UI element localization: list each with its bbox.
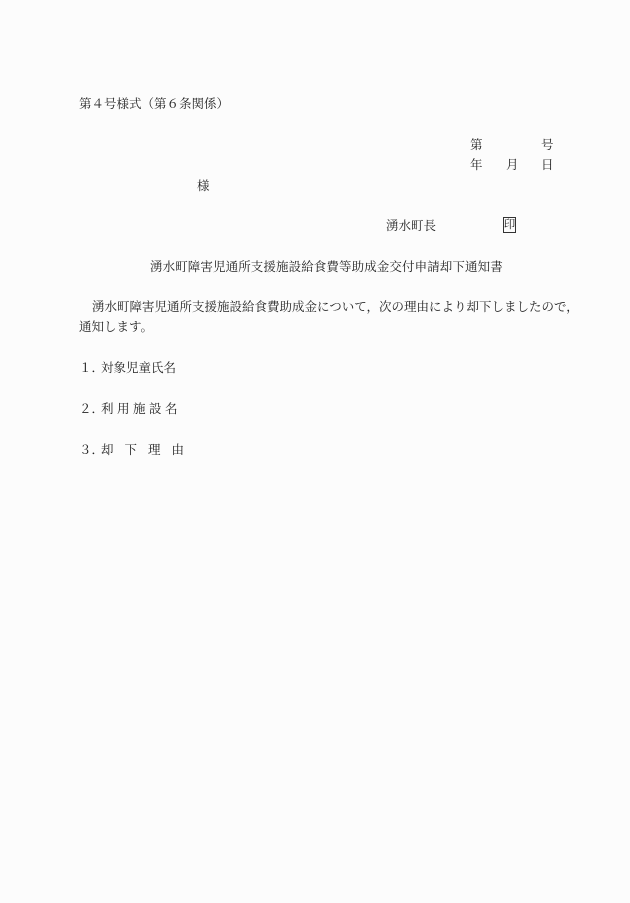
date-day-label: 日 xyxy=(541,159,554,172)
list-item-number: １． xyxy=(79,362,101,375)
list-item-label: 利用施設名 xyxy=(101,401,181,416)
body-text-line-1: 湧水町障害児通所支援施設給食費助成金について，次の理由により却下しましたので， xyxy=(92,301,579,314)
list-item-label: 対象児童氏名 xyxy=(101,360,176,375)
form-number-label: 第４号様式（第６条関係） xyxy=(79,98,229,111)
document-number-suffix: 号 xyxy=(541,139,554,152)
document-number-prefix: 第 xyxy=(470,139,483,152)
seal-icon: 印 xyxy=(503,217,516,233)
body-text-line-2: 通知します。 xyxy=(79,321,153,334)
list-item-number: ２． xyxy=(79,403,101,416)
list-item-label: 却下理由 xyxy=(101,442,195,457)
document-title: 湧水町障害児通所支援施設給食費等助成金交付申請却下通知書 xyxy=(150,261,503,274)
issuer-name: 湧水町長 xyxy=(386,220,436,233)
list-item-target-child-name: １．対象児童氏名 xyxy=(79,362,176,375)
list-item-facility-name: ２．利用施設名 xyxy=(79,403,181,416)
date-year-label: 年 xyxy=(470,159,483,172)
date-month-label: 月 xyxy=(506,159,519,172)
list-item-number: ３． xyxy=(79,444,101,457)
addressee-honorific: 様 xyxy=(197,180,210,193)
list-item-rejection-reason: ３．却下理由 xyxy=(79,444,195,457)
